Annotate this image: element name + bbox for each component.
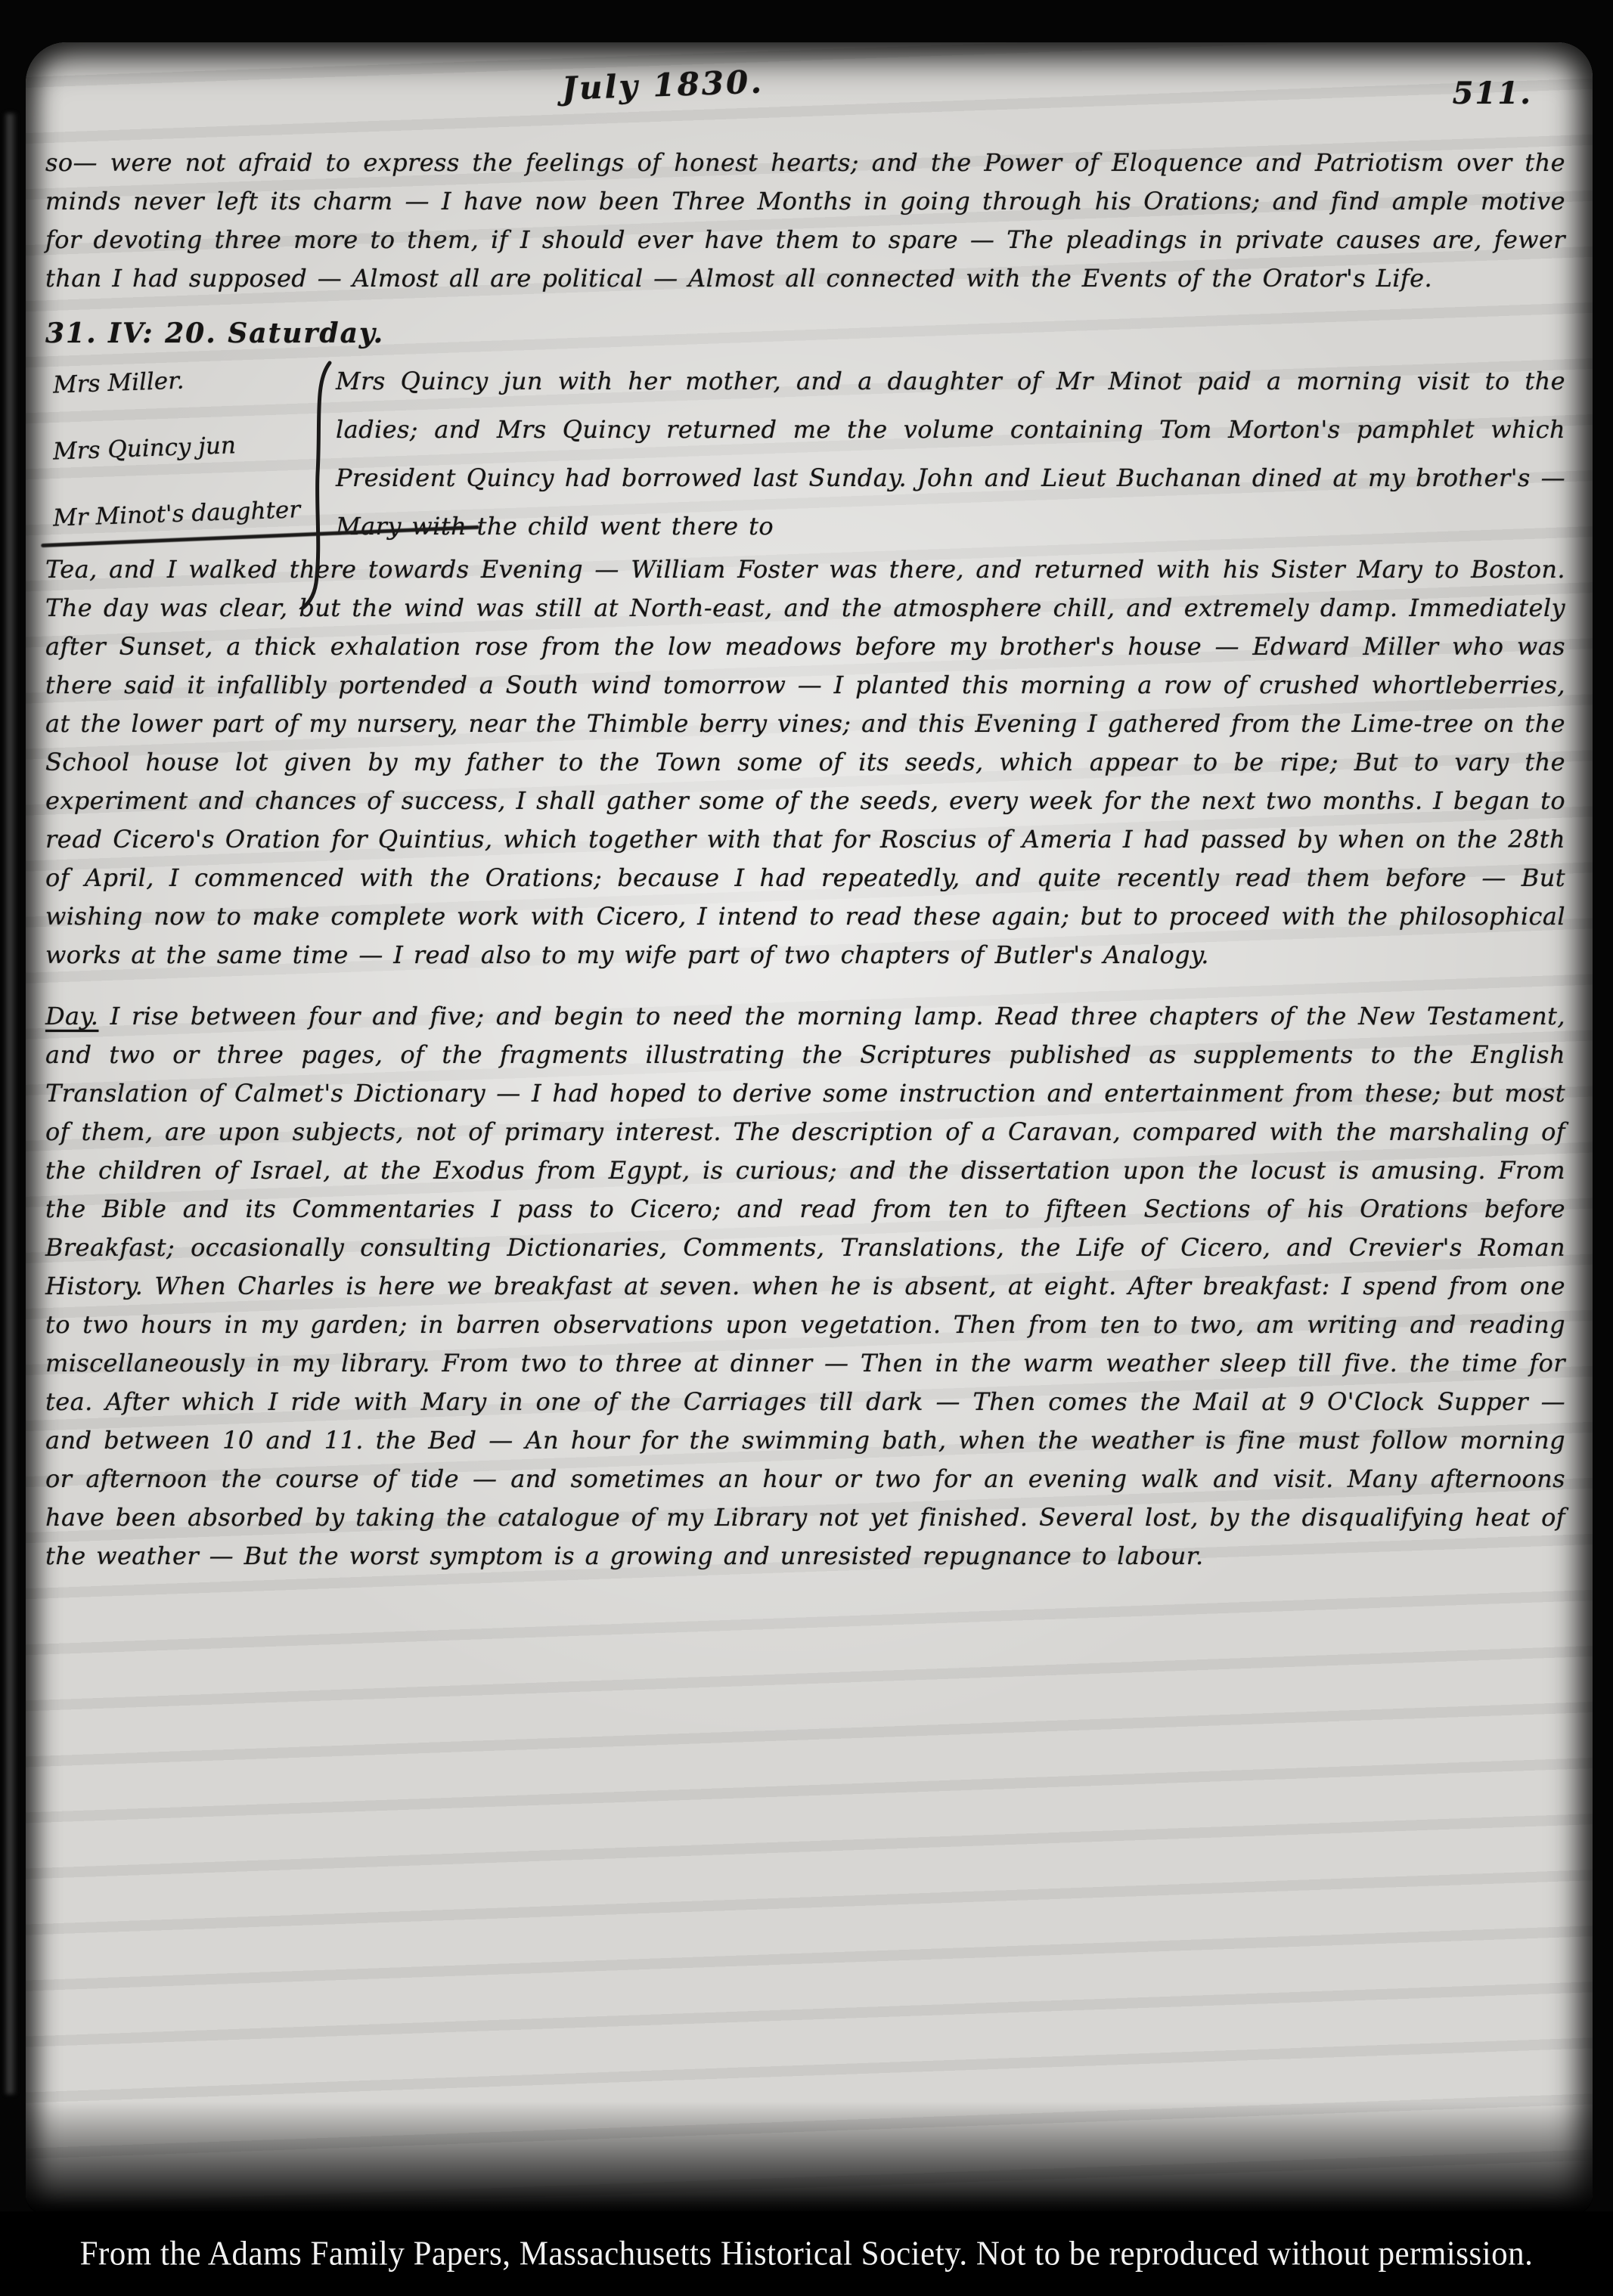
entry-date-heading: 31. IV: 20. Saturday. — [45, 318, 1565, 349]
page-header: July 1830. 511. — [45, 62, 1565, 141]
month-heading: July 1830. — [562, 63, 765, 107]
footer-caption: From the Adams Family Papers, Massachuse… — [80, 2234, 1534, 2273]
page-content: July 1830. 511. so— were not afraid to e… — [26, 42, 1593, 2214]
body-paragraph: Tea, and I walked there towards Evening … — [45, 550, 1565, 974]
page-number: 511. — [1453, 76, 1532, 111]
margin-note-item: Mr Minot's daughter — [52, 496, 295, 531]
curly-brace-icon — [295, 357, 336, 550]
film-edge — [4, 113, 17, 2094]
paper-page: July 1830. 511. so— were not afraid to e… — [26, 42, 1593, 2214]
visit-paragraph: Mrs Quincy jun with her mother, and a da… — [336, 357, 1565, 550]
routine-text: I rise between four and five; and begin … — [45, 1002, 1565, 1570]
footer-band: From the Adams Family Papers, Massachuse… — [0, 2211, 1613, 2296]
day-label: Day. — [45, 1002, 98, 1030]
margin-notes: Mrs Miller. Mrs Quincy jun Mr Minot's da… — [45, 357, 295, 550]
margin-note-item: Mrs Quincy jun — [52, 429, 295, 465]
entry-head: Mrs Miller. Mrs Quincy jun Mr Minot's da… — [45, 357, 1565, 550]
continuation-paragraph: so— were not afraid to express the feeli… — [45, 144, 1565, 298]
routine-paragraph: Day. I rise between four and five; and b… — [45, 997, 1565, 1576]
diary-page-scan: July 1830. 511. so— were not afraid to e… — [0, 0, 1613, 2296]
margin-note-item: Mrs Miller. — [52, 363, 295, 398]
